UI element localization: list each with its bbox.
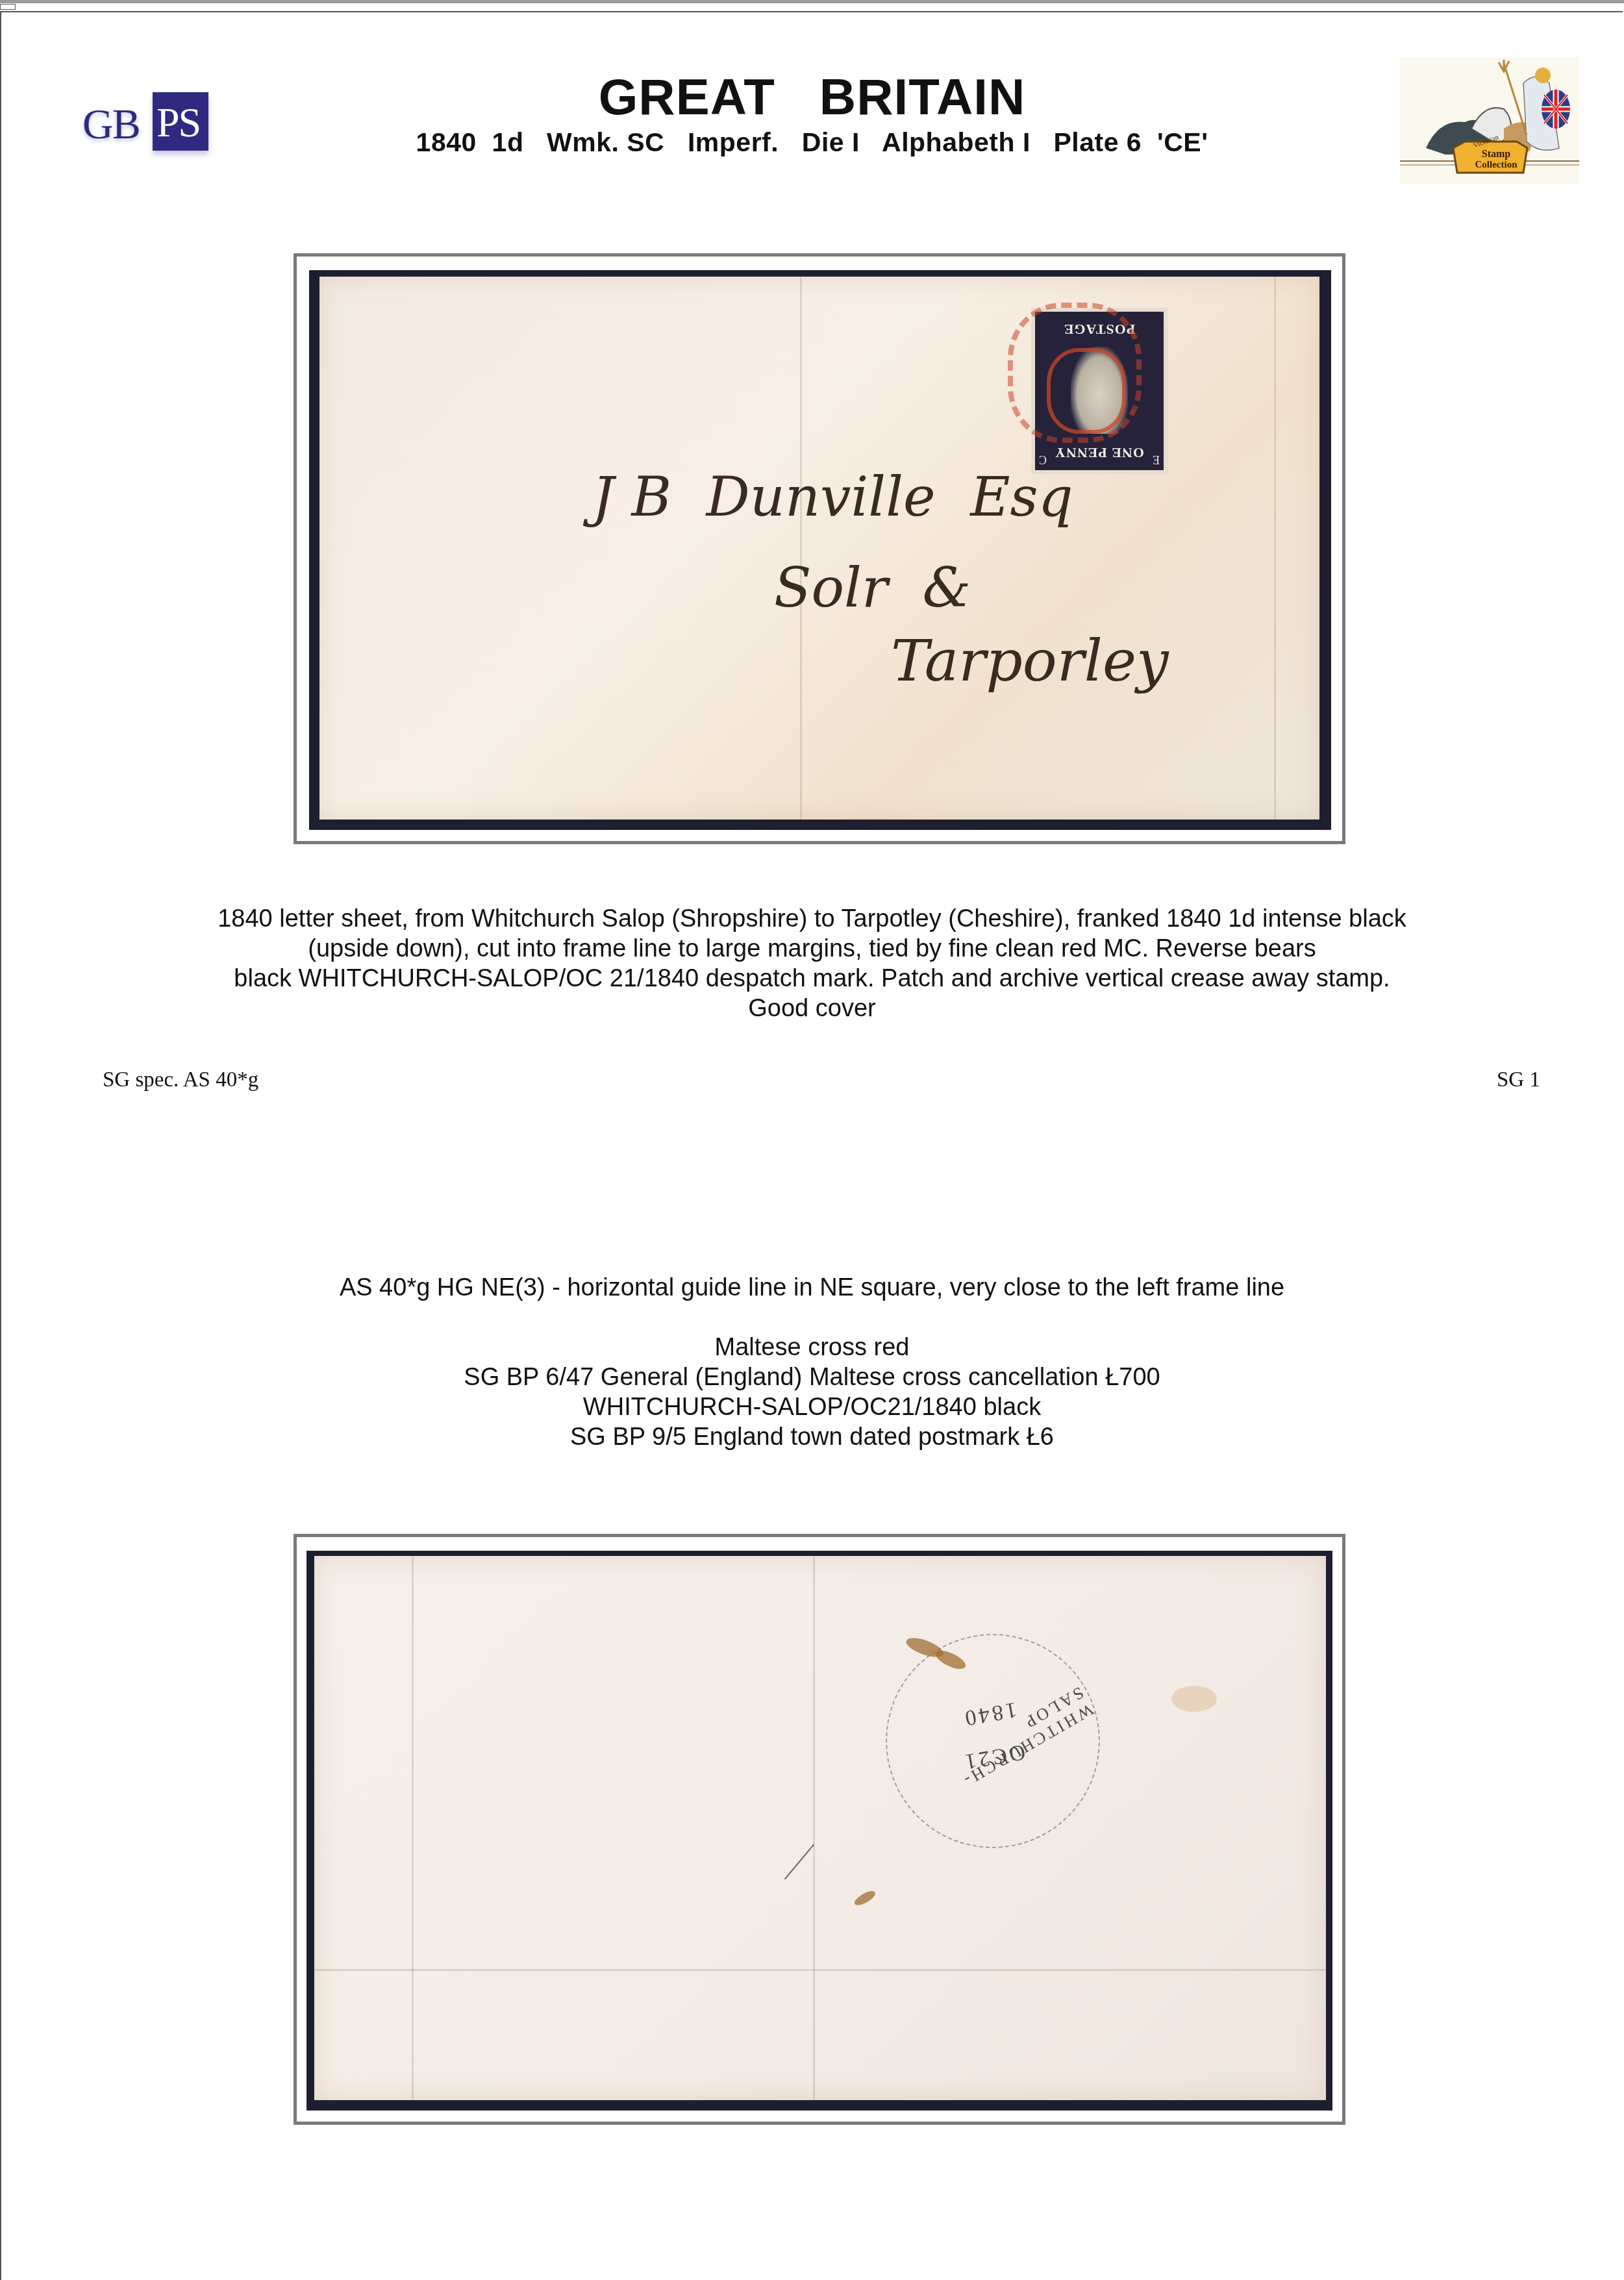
cover-front-letter-sheet[interactable]: ONE PENNY POSTAGE C E J B Dunville Esq S… xyxy=(319,277,1319,820)
address-line-2: Solr & xyxy=(774,556,971,620)
vertical-fold-line xyxy=(412,1556,414,2100)
page-title: GREAT BRITAIN xyxy=(0,68,1624,127)
window-control[interactable] xyxy=(0,4,16,10)
maltese-cross-cancel-icon xyxy=(1047,348,1126,434)
note-line: SG BP 9/5 England town dated postmark Ł6 xyxy=(0,1422,1624,1452)
note-line: SG BP 6/47 General (England) Maltese cro… xyxy=(0,1362,1624,1392)
top-bar-inner xyxy=(0,3,1624,10)
vertical-fold-line xyxy=(813,1556,815,2100)
stain-mark xyxy=(1171,1686,1217,1712)
stamp-corner-letter: C xyxy=(1039,453,1047,466)
horizontal-fold-line xyxy=(314,1969,1326,1971)
address-line-1: J B Dunville Esq xyxy=(592,465,1073,529)
philatelic-notes: AS 40*g HG NE(3) - horizontal guide line… xyxy=(0,1273,1624,1452)
note-line: WHITCHURCH-SALOP/OC21/1840 black xyxy=(0,1392,1624,1422)
page-subtitle: 1840 1d Wmk. SC Imperf. Die I Alphabeth … xyxy=(0,127,1624,158)
sg-catalogue-reference: SG 1 xyxy=(1497,1068,1540,1092)
description-line: black WHITCHURCH-SALOP/OC 21/1840 despat… xyxy=(65,964,1559,994)
cover-back-letter-sheet[interactable]: WHITCHURCH-SALOP OC21 1840 xyxy=(314,1556,1326,2100)
vertical-fold-line xyxy=(800,277,802,820)
description-line: (upside down), cut into frame line to la… xyxy=(65,934,1559,964)
whitchurch-salop-postmark-icon: WHITCHURCH-SALOP OC21 1840 xyxy=(886,1634,1100,1848)
logo-banner-line1: Stamp xyxy=(1470,149,1522,160)
address-line-3: Tarporley xyxy=(891,627,1169,694)
stain-mark xyxy=(853,1888,877,1908)
pencil-mark xyxy=(784,1844,815,1880)
plate-note: AS 40*g HG NE(3) - horizontal guide line… xyxy=(0,1273,1624,1303)
description-line: 1840 letter sheet, from Whitchurch Salop… xyxy=(65,904,1559,934)
note-line: Maltese cross red xyxy=(0,1333,1624,1362)
cover-description: 1840 letter sheet, from Whitchurch Salop… xyxy=(65,904,1559,1023)
stamp-corner-letter: E xyxy=(1153,453,1160,466)
cover-front-frame: ONE PENNY POSTAGE C E J B Dunville Esq S… xyxy=(294,253,1345,844)
description-line: Good cover xyxy=(65,994,1559,1023)
sg-spec-reference: SG spec. AS 40*g xyxy=(103,1068,258,1092)
cover-front-backing: ONE PENNY POSTAGE C E J B Dunville Esq S… xyxy=(309,270,1331,830)
victorian-stamp-collection-logo: Victorian Stamp Collection xyxy=(1400,57,1579,184)
cover-back-frame: WHITCHURCH-SALOP OC21 1840 xyxy=(294,1534,1345,2125)
vertical-fold-line xyxy=(1274,277,1276,820)
logo-banner-line2: Collection xyxy=(1465,160,1527,170)
cover-back-backing: WHITCHURCH-SALOP OC21 1840 xyxy=(306,1551,1332,2111)
